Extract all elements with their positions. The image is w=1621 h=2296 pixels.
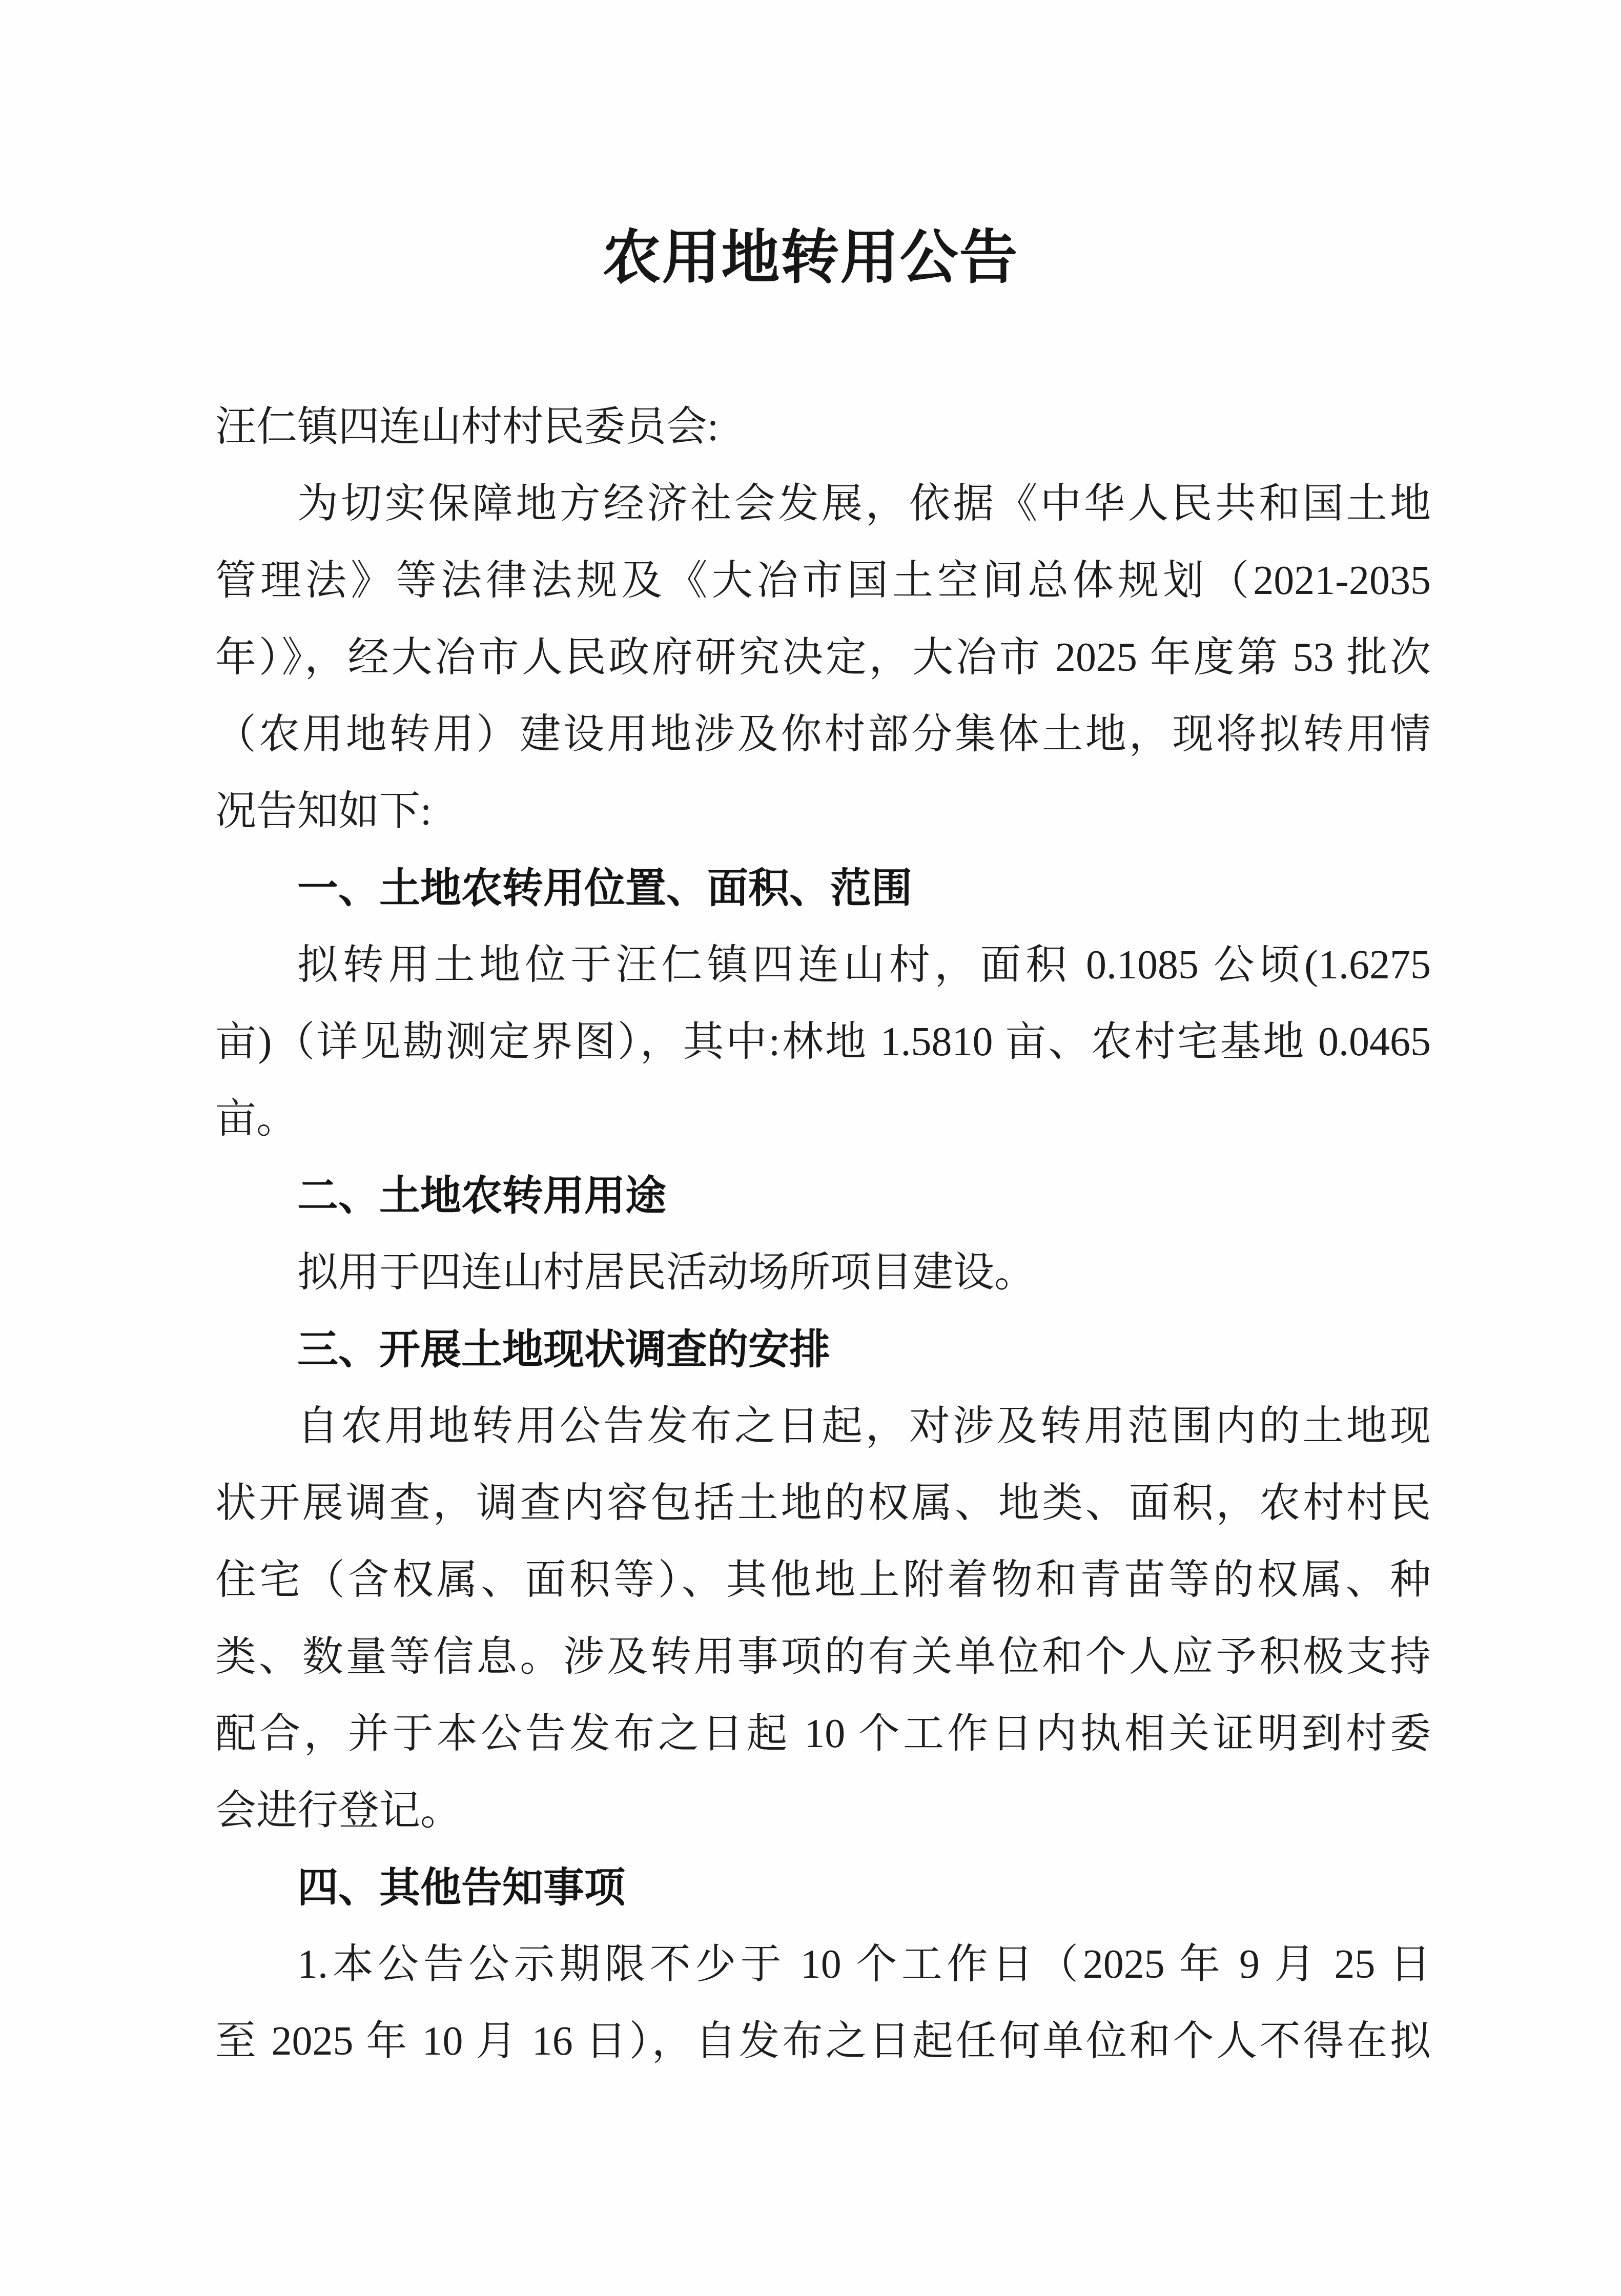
body-line: 会进行登记。 — [215, 1772, 1431, 1849]
salutation-line: 汪仁镇四连山村村民委员会: — [215, 388, 1431, 465]
section-heading: 一、土地农转用位置、面积、范围 — [215, 850, 1431, 927]
body-line: 至 2025 年 10 月 16 日），自发布之日起任何单位和个人不得在拟 — [215, 2003, 1431, 2080]
body-line: 况告知如下: — [215, 773, 1431, 850]
body-line: 为切实保障地方经济社会发展，依据《中华人民共和国土地 — [215, 465, 1431, 542]
body-line: 自农用地转用公告发布之日起，对涉及转用范围内的土地现 — [215, 1388, 1431, 1465]
body-line: 类、数量等信息。涉及转用事项的有关单位和个人应予积极支持 — [215, 1618, 1431, 1695]
body-line: 年）》，经大冶市人民政府研究决定，大冶市 2025 年度第 53 批次 — [215, 619, 1431, 696]
body-line: 拟转用土地位于汪仁镇四连山村，面积 0.1085 公顷(1.6275 — [215, 927, 1431, 1003]
body-line: 状开展调查，调查内容包括土地的权属、地类、面积，农村村民 — [215, 1465, 1431, 1542]
section-heading: 二、土地农转用用途 — [215, 1157, 1431, 1234]
document-body: 汪仁镇四连山村村民委员会: 为切实保障地方经济社会发展，依据《中华人民共和国土地… — [215, 388, 1431, 2080]
body-line: 亩。 — [215, 1080, 1431, 1157]
body-line: 亩)（详见勘测定界图），其中:林地 1.5810 亩、农村宅基地 0.0465 — [215, 1003, 1431, 1080]
body-line: 管理法》等法律法规及《大冶市国土空间总体规划（2021-2035 — [215, 542, 1431, 619]
document-page: 农用地转用公告 汪仁镇四连山村村民委员会: 为切实保障地方经济社会发展，依据《中… — [0, 0, 1621, 2296]
body-line: （农用地转用）建设用地涉及你村部分集体土地，现将拟转用情 — [215, 696, 1431, 773]
section-heading: 四、其他告知事项 — [215, 1849, 1431, 1926]
body-line: 住宅（含权属、面积等）、其他地上附着物和青苗等的权属、种 — [215, 1542, 1431, 1618]
body-line: 1.本公告公示期限不少于 10 个工作日（2025 年 9 月 25 日 — [215, 1926, 1431, 2003]
page-title: 农用地转用公告 — [0, 219, 1621, 296]
body-line: 配合，并于本公告发布之日起 10 个工作日内执相关证明到村委 — [215, 1695, 1431, 1772]
section-heading: 三、开展土地现状调查的安排 — [215, 1311, 1431, 1388]
body-line: 拟用于四连山村居民活动场所项目建设。 — [215, 1234, 1431, 1311]
